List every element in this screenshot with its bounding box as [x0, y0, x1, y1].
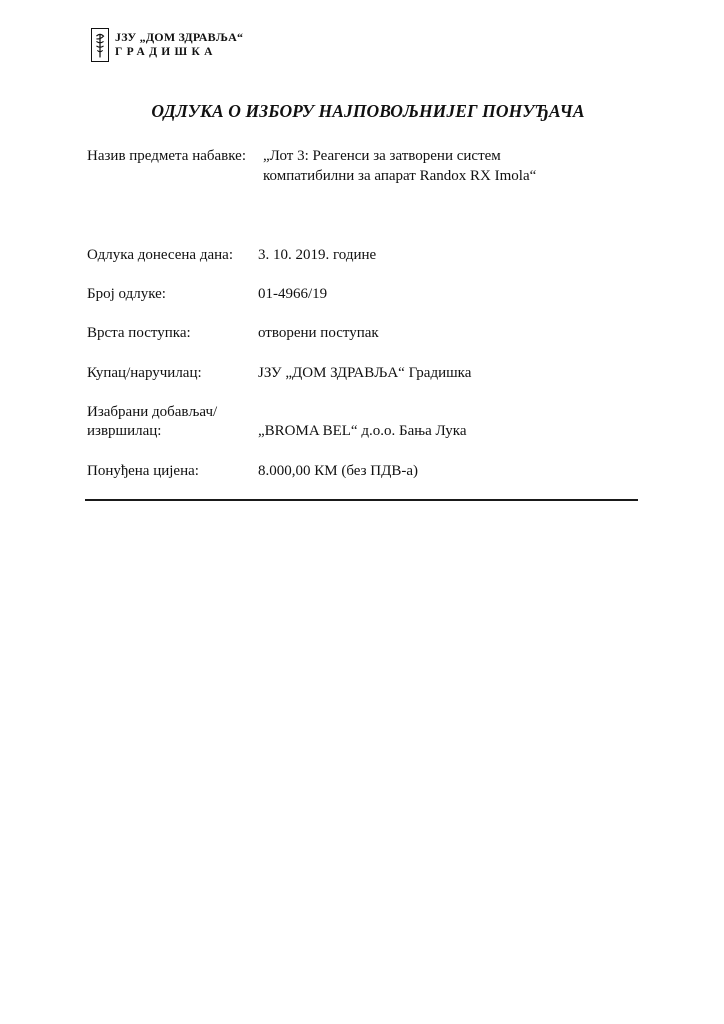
field-value: компатибилни за апарат Randox RX Imola“	[263, 166, 536, 186]
field-value: 3. 10. 2019. године	[258, 245, 376, 265]
document-title: ОДЛУКА О ИЗБОРУ НАЈПОВОЉНИЈЕГ ПОНУЂАЧА	[0, 101, 724, 122]
horizontal-rule	[85, 499, 638, 501]
organization-block: ЈЗУ „ДОМ ЗДРАВЉА“ ГРАДИШКА	[115, 31, 243, 59]
field-value: „Лот 3: Реагенси за затворени систем	[263, 146, 501, 166]
field-label: Број одлуке:	[87, 284, 166, 304]
caduceus-icon	[91, 28, 109, 62]
document-page: ЈЗУ „ДОМ ЗДРАВЉА“ ГРАДИШКА ОДЛУКА О ИЗБО…	[0, 0, 724, 1024]
organization-city: ГРАДИШКА	[115, 47, 243, 59]
field-label: Врста поступка:	[87, 323, 191, 343]
field-label: Понуђена цијена:	[87, 461, 199, 481]
organization-name: ЈЗУ „ДОМ ЗДРАВЉА“	[115, 31, 243, 43]
field-label: Изабрани добављач/	[87, 402, 217, 422]
letterhead: ЈЗУ „ДОМ ЗДРАВЉА“ ГРАДИШКА	[91, 28, 243, 62]
field-value: 8.000,00 КМ (без ПДВ-а)	[258, 461, 418, 481]
field-value: ЈЗУ „ДОМ ЗДРАВЉА“ Градишка	[258, 363, 471, 383]
field-label: извршилац:	[87, 421, 161, 441]
field-label: Купац/наручилац:	[87, 363, 202, 383]
field-label: Назив предмета набавке:	[87, 146, 246, 166]
field-value: „BROMA BEL“ д.о.о. Бања Лука	[258, 421, 467, 441]
field-value: 01-4966/19	[258, 284, 327, 304]
field-value: отворени поступак	[258, 323, 379, 343]
field-label: Одлука донесена дана:	[87, 245, 233, 265]
